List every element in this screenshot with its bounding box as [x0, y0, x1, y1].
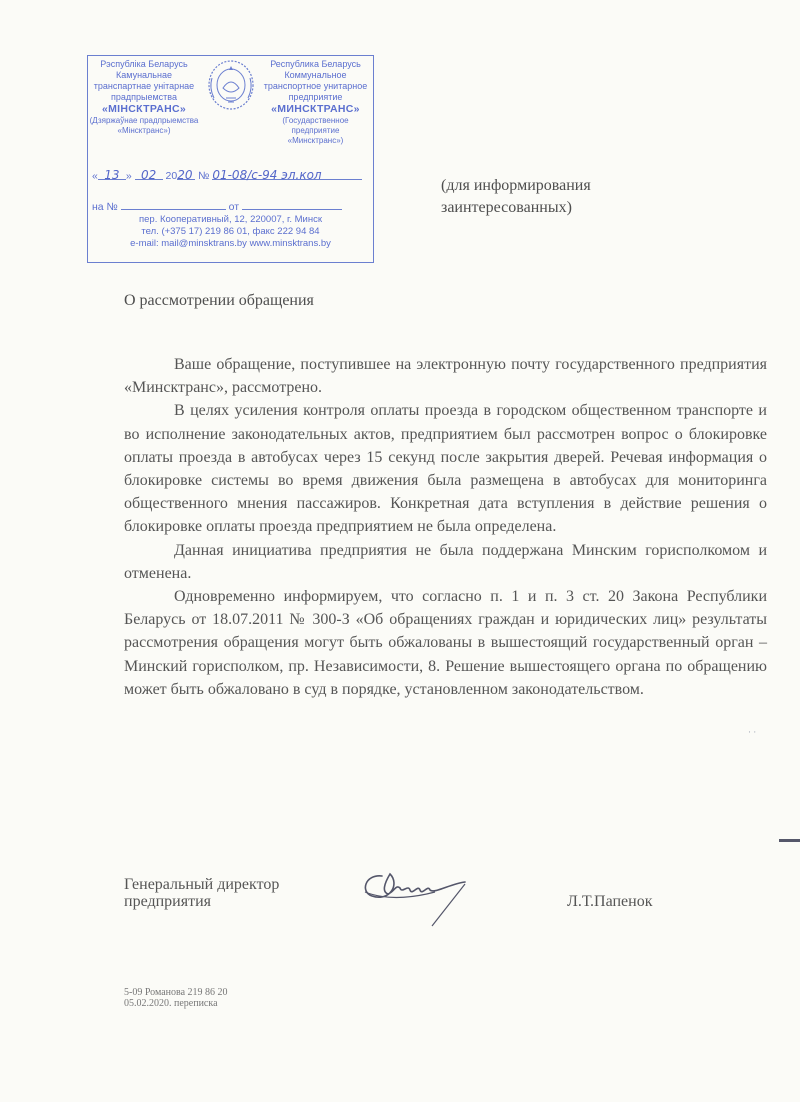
stamp-line: прадпрыемства [88, 92, 200, 103]
quote-close: » [126, 170, 132, 182]
stamp-line: Рэспубліка Беларусь [88, 59, 200, 70]
stamp-line: транспортное унитарное [258, 81, 373, 92]
reference-label: на № [92, 201, 118, 213]
recipient-block: (для информирования заинтересованных) [441, 175, 591, 219]
scan-artifact: · · [748, 727, 756, 737]
date-month: 02 [135, 168, 163, 180]
stamp-brand: «МІНСКТРАНС» [88, 103, 200, 116]
stamp-subline: «Минсктранс») [258, 136, 373, 146]
stamp-line: предприятие [258, 92, 373, 103]
belarus-coat-of-arms-icon [206, 58, 256, 112]
stamp-phone: тел. (+375 17) 219 86 01, факс 222 94 84 [88, 226, 373, 238]
stamp-subline: (Дзяржаўнае прадпрыемства [88, 116, 200, 126]
body-paragraph: Ваше обращение, поступившее на электронн… [124, 353, 767, 399]
outgoing-number: 01-08/с-94 эл.кол [212, 168, 362, 180]
handwritten-signature-icon [360, 862, 510, 942]
signatory-title-line: Генеральный директор [124, 876, 279, 893]
signatory-title: Генеральный директор предприятия [124, 876, 279, 910]
stamp-line: Камунальнае [88, 70, 200, 81]
body-paragraph: В целях усиления контроля оплаты проезда… [124, 399, 767, 538]
stamp-line: Республика Беларусь [258, 59, 373, 70]
stamp-contacts: пер. Кооперативный, 12, 220007, г. Минск… [88, 214, 373, 250]
signatory-title-line: предприятия [124, 893, 279, 910]
body-paragraph: Данная инициатива предприятия не была по… [124, 539, 767, 585]
date-year-suffix: 20 [177, 168, 195, 180]
date-year-prefix: 20 [166, 170, 178, 182]
date-day: 13 [98, 168, 126, 180]
executor-line: 5-09 Романова 219 86 20 [124, 987, 228, 998]
stamp-email-web: e-mail: mail@minsktrans.by www.minsktran… [88, 238, 373, 250]
body-paragraph: Одновременно информируем, что согласно п… [124, 585, 767, 701]
recipient-line: заинтересованных) [441, 197, 591, 219]
stamp-brand: «МИНСКТРАНС» [258, 103, 373, 116]
from-blank [242, 198, 342, 210]
from-label: от [229, 201, 239, 213]
executor-note: 5-09 Романова 219 86 20 05.02.2020. пере… [124, 987, 228, 1009]
signatory-name: Л.Т.Папенок [567, 893, 652, 911]
stamp-subline: «Мінсктранс») [88, 126, 200, 136]
stamp-line: транспартнае унітарнае [88, 81, 200, 92]
letter-subject: О рассмотрении обращения [124, 292, 314, 310]
letterhead-stamp: Рэспубліка Беларусь Камунальнае транспар… [87, 55, 374, 263]
number-label: № [198, 170, 209, 182]
recipient-line: (для информирования [441, 175, 591, 197]
stamp-line: Коммунальное [258, 70, 373, 81]
stamp-address: пер. Кооперативный, 12, 220007, г. Минск [88, 214, 373, 226]
stamp-date-number-line: «13» 02 2020 № 01-08/с-94 эл.кол [92, 168, 362, 182]
executor-line: 05.02.2020. переписка [124, 998, 228, 1009]
stamp-belarusian-text: Рэспубліка Беларусь Камунальнае транспар… [88, 59, 200, 136]
reference-blank [121, 198, 226, 210]
stamp-subline: (Государственное предприятие [258, 116, 373, 136]
letter-body: Ваше обращение, поступившее на электронн… [124, 353, 767, 701]
stamp-reference-line: на № от [92, 198, 342, 213]
stamp-russian-text: Республика Беларусь Коммунальное транспо… [258, 59, 373, 146]
scan-edge-mark [779, 839, 800, 842]
